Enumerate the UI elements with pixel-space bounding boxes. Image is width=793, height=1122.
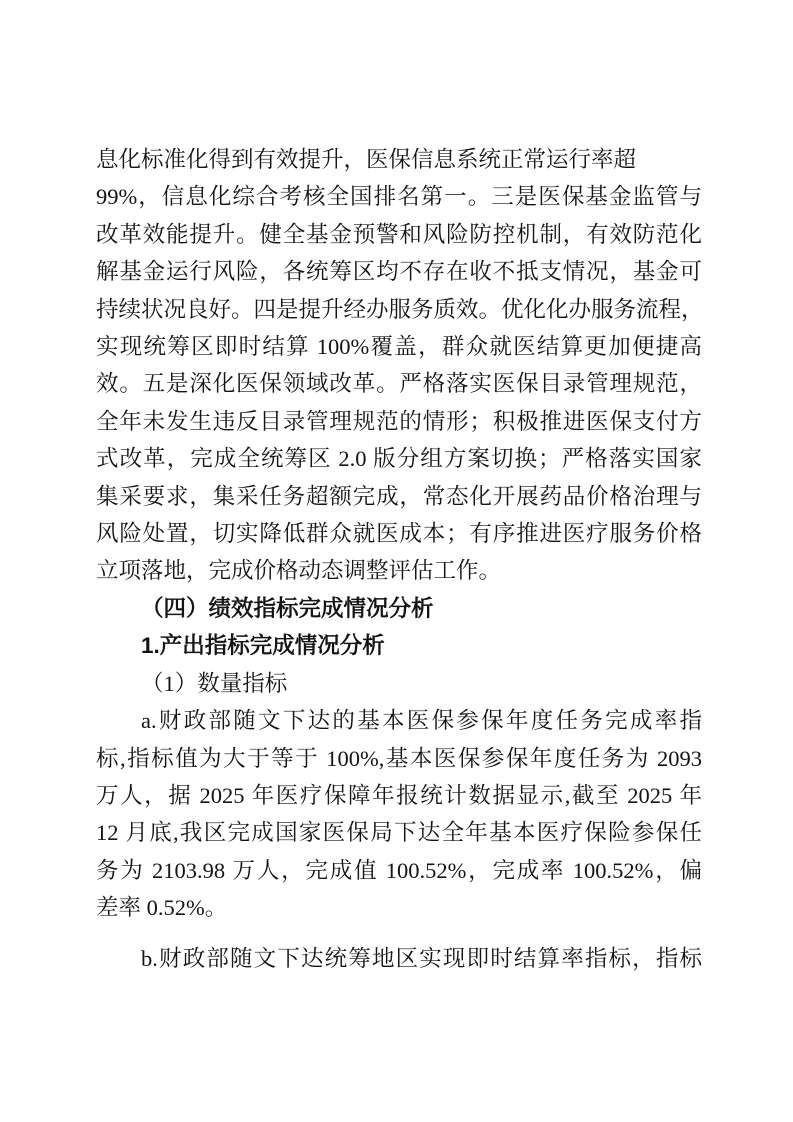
text-line: 差率 0.52%。: [96, 889, 702, 926]
document-page: 息化标准化得到有效提升，医保信息系统正常运行率超99%，信息化综合考核全国排名第…: [0, 0, 793, 1122]
text-line: 立项落地，完成价格动态调整评估工作。: [96, 552, 702, 589]
text-line: 全年未发生违反目录管理规范的情形；积极推进医保支付方: [96, 403, 702, 440]
text-line: 标,指标值为大于等于 100%,基本医保参保年度任务为 2093: [96, 740, 702, 777]
text-line: 息化标准化得到有效提升，医保信息系统正常运行率超: [96, 141, 702, 178]
text-line: 99%，信息化综合考核全国排名第一。三是医保基金监管与: [96, 178, 702, 215]
heading-line: （四）绩效指标完成情况分析: [96, 590, 702, 627]
text-line: （1）数量指标: [96, 665, 702, 702]
text-line: 集采要求，集采任务超额完成，常态化开展药品价格治理与: [96, 478, 702, 515]
text-line: 持续状况良好。四是提升经办服务质效。优化化办服务流程，: [96, 291, 702, 328]
text-block: 息化标准化得到有效提升，医保信息系统正常运行率超99%，信息化综合考核全国排名第…: [96, 141, 702, 977]
text-line: 务为 2103.98 万人，完成值 100.52%，完成率 100.52%，偏: [96, 852, 702, 889]
text-line: 12 月底,我区完成国家医保局下达全年基本医疗保险参保任: [96, 814, 702, 851]
heading-line: 1.产出指标完成情况分析: [96, 627, 702, 664]
text-line: 效。五是深化医保领域改革。严格落实医保目录管理规范，: [96, 365, 702, 402]
text-line: b.财政部随文下达统筹地区实现即时结算率指标，指标: [96, 940, 702, 977]
text-line: 风险处置，切实降低群众就医成本；有序推进医疗服务价格: [96, 515, 702, 552]
text-line: 式改革，完成全统筹区 2.0 版分组方案切换；严格落实国家: [96, 440, 702, 477]
text-line: 实现统筹区即时结算 100%覆盖，群众就医结算更加便捷高: [96, 328, 702, 365]
text-line: 万人，据 2025 年医疗保障年报统计数据显示,截至 2025 年: [96, 777, 702, 814]
text-line: a.财政部随文下达的基本医保参保年度任务完成率指: [96, 702, 702, 739]
text-line: 解基金运行风险，各统筹区均不存在收不抵支情况，基金可: [96, 253, 702, 290]
text-line: 改革效能提升。健全基金预警和风险防控机制，有效防范化: [96, 216, 702, 253]
